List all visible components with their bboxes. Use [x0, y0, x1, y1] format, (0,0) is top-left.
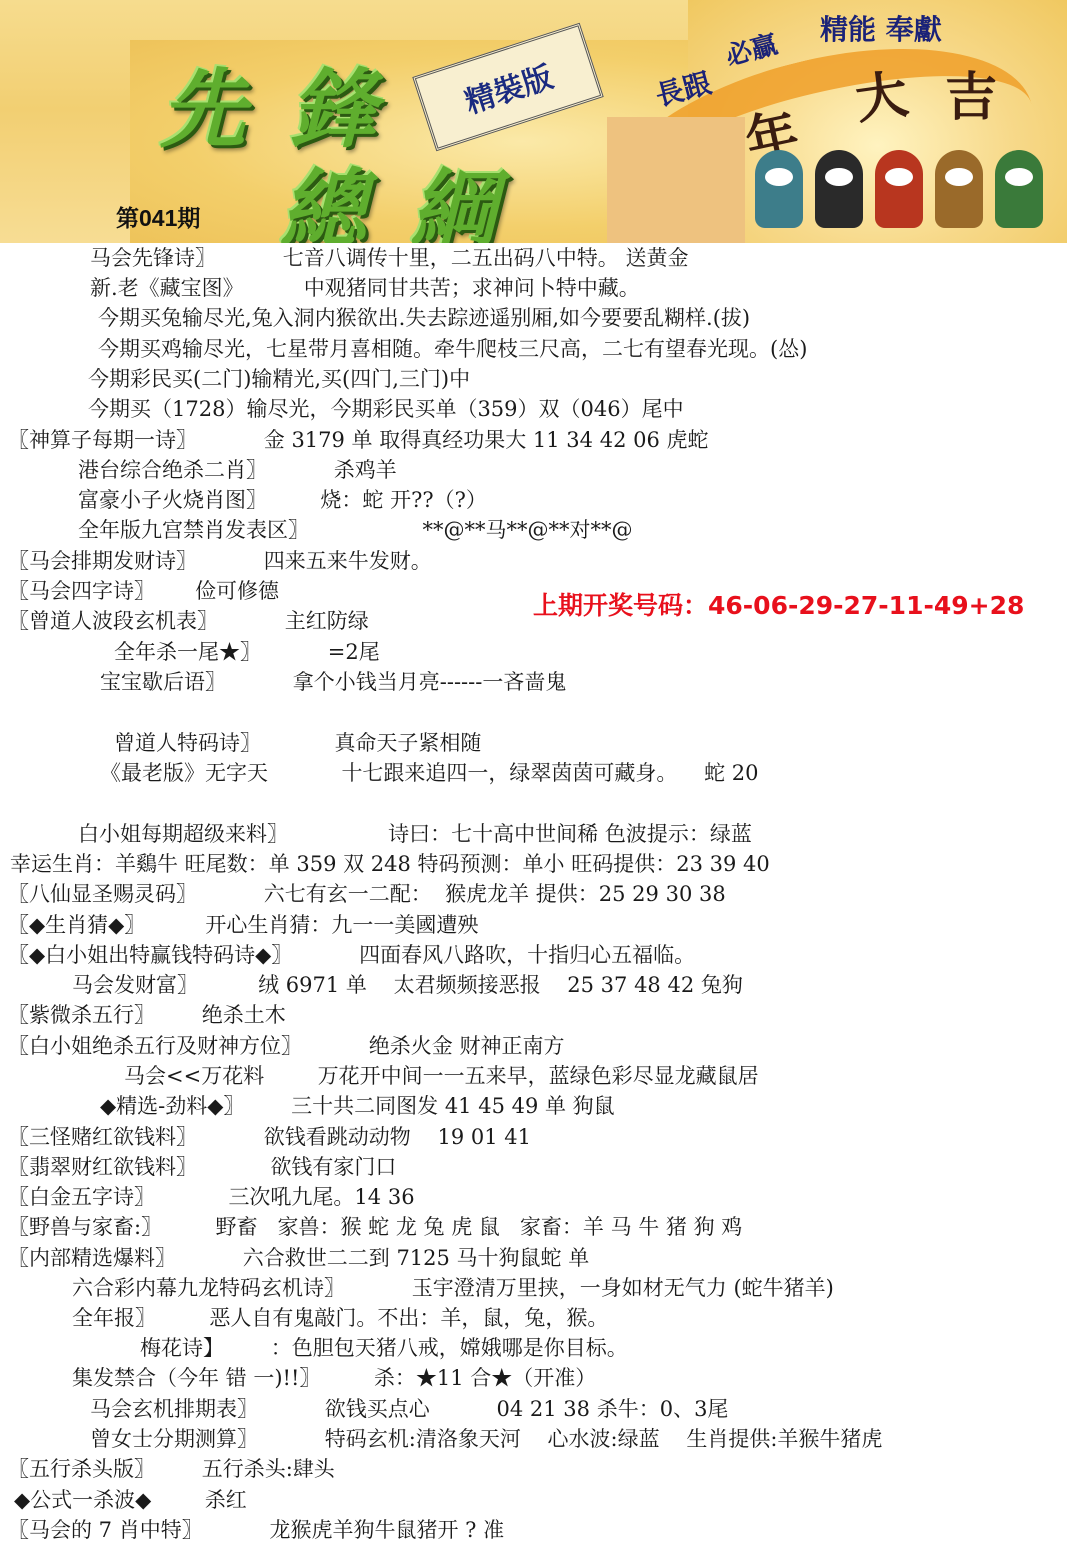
line-label: 宝宝歇后语〗 — [100, 670, 226, 694]
year-char-2: 大 — [850, 52, 912, 134]
prediction-line: 〖内部精选爆料〗 六合救世二二到 7125 马十狗鼠蛇 单 — [8, 1245, 589, 1271]
prediction-line: 集发禁合（今年 错 一)!!〗 杀：★11 合★（开准） — [72, 1365, 596, 1391]
line-label: 六合彩内幕九龙特码玄机诗〗 — [72, 1276, 345, 1300]
line-label: 〖马会排期发财诗〗 — [8, 549, 197, 573]
line-spacer — [197, 549, 264, 573]
line-value: 金 3179 单 取得真经功果大 11 34 42 06 虎蛇 — [264, 428, 709, 452]
line-value: 真命天子紧相随 — [334, 731, 481, 755]
prediction-line: 〖白金五字诗〗 三次吼九尾。14 36 — [8, 1184, 415, 1210]
line-spacer — [203, 1518, 270, 1542]
line-value: =2尾 — [328, 640, 380, 664]
line-label: ◆精选-劲料◆〗 — [100, 1094, 244, 1118]
line-label: 〖内部精选爆料〗 — [8, 1246, 176, 1270]
line-label: 〖白金五字诗〗 — [8, 1185, 155, 1209]
line-value: 十七跟来追四一，绿翠茵茵可藏身。 蛇 20 — [341, 761, 758, 785]
line-spacer — [261, 640, 328, 664]
line-spacer — [155, 1185, 228, 1209]
line-spacer — [244, 276, 304, 300]
line-spacer — [258, 1397, 325, 1421]
line-value: 中观猪同甘共苦；求神问卜特中藏。 — [304, 276, 640, 300]
line-spacer — [261, 731, 334, 755]
line-value: 欲钱买点心 04 21 38 杀牛：0、3尾 — [325, 1397, 729, 1421]
line-label: 〖神算子每期一诗〗 — [8, 428, 197, 452]
line-value: 龙猴虎羊狗牛鼠猪开 ? 准 — [269, 1518, 504, 1542]
prediction-line: 〖八仙显圣赐灵码〗 六七有玄一二配： 猴虎龙羊 提供：25 29 30 38 — [8, 881, 726, 907]
prediction-line: 全年杀一尾★〗 =2尾 — [114, 639, 380, 665]
line-label: 〖五行杀头版〗 — [8, 1457, 155, 1481]
line-value: ：色胆包天猪八戒，嫦娥哪是你目标。 — [271, 1336, 628, 1360]
line-spacer — [197, 1155, 270, 1179]
prediction-line: 白小姐每期超级来料〗 诗曰：七十高中世间稀 色波提示：绿蓝 — [78, 821, 752, 847]
mascot-icon — [815, 150, 863, 228]
line-label: 马会发财富〗 — [72, 973, 198, 997]
line-spacer — [292, 943, 359, 967]
prediction-line: 〖曾道人波段玄机表〗 主红防绿 — [8, 608, 369, 634]
prediction-line: 曾女士分期测算〗 特码玄机:清洛象天河 心水波:绿蓝 生肖提供:羊猴牛猪虎 — [90, 1426, 882, 1452]
title-char-1: 先 — [160, 40, 246, 164]
prediction-line: 〖白小姐绝杀五行及财神方位〗 绝杀火金 财神正南方 — [8, 1033, 564, 1059]
line-label: 〖紫微杀五行〗 — [8, 1003, 155, 1027]
line-label: 〖◆白小姐出特赢钱特码诗◆〗 — [8, 943, 292, 967]
last-draw-notice: 上期开奖号码：46-06-29-27-11-49+28 — [533, 586, 1024, 622]
line-value: 三十共二同图发 41 45 49 单 狗鼠 — [291, 1094, 615, 1118]
prediction-line: 〖翡翠财红欲钱料〗 欲钱有家门口 — [8, 1154, 396, 1180]
line-spacer — [197, 882, 264, 906]
line-spacer — [309, 518, 422, 542]
prediction-line: 全年版九宫禁肖发表区〗 **@**马**@**对**@ — [78, 517, 632, 543]
line-label: 〖白小姐绝杀五行及财神方位〗 — [8, 1034, 302, 1058]
line-spacer — [197, 428, 264, 452]
line-label: 《最老版》无字天 — [100, 761, 268, 785]
line-label: 今期买（1728）输尽光，今期彩民买单（359）双（046）尾中 — [88, 397, 684, 421]
line-spacer — [197, 1125, 264, 1149]
mascot-icon — [755, 150, 803, 228]
line-label: 全年杀一尾★〗 — [114, 640, 261, 664]
line-value: 玉宇澄清万里挟，一身如材无气力 (蛇牛猪羊) — [412, 1276, 834, 1300]
line-spacer — [268, 761, 341, 785]
line-label: 富豪小子火烧肖图〗 — [78, 488, 267, 512]
line-spacer — [176, 1246, 243, 1270]
prediction-line: 〖马会四字诗〗 俭可修德 — [8, 578, 279, 604]
line-value: 欲钱有家门口 — [270, 1155, 396, 1179]
line-value: 绒 6971 单 太君频频接恶报 25 37 48 42 兔狗 — [258, 973, 743, 997]
line-spacer — [267, 458, 334, 482]
line-value: 三次吼九尾。14 36 — [228, 1185, 414, 1209]
blurred-region — [607, 117, 745, 243]
header-banner: 先 鋒 總 綱 精裝版 第041期 精能 奉獻 必贏 長跟 年 大 吉 — [0, 0, 1067, 243]
line-value: 拿个小钱当月亮------一吝啬鬼 — [293, 670, 567, 694]
line-value: 绝杀火金 财神正南方 — [369, 1034, 565, 1058]
prediction-line: 今期买兔输尽光,兔入洞内猴欲出.失去踪迹遥别厢,如今要要乱糊样.(拔) — [98, 305, 750, 331]
line-spacer — [264, 1064, 317, 1088]
line-label: ◆公式一杀波◆ — [14, 1488, 151, 1512]
prediction-line: 港台综合绝杀二肖〗 杀鸡羊 — [78, 457, 397, 483]
line-label: 〖野兽与家畜:〗 — [8, 1215, 162, 1239]
prediction-line: 全年报〗 恶人自有鬼敲门。不出：羊，鼠，兔，猴。 — [72, 1305, 608, 1331]
prediction-line: 〖◆白小姐出特赢钱特码诗◆〗 四面春风八路吹，十指归心五福临。 — [8, 942, 695, 968]
line-spacer — [155, 1457, 202, 1481]
line-value: 杀红 — [205, 1488, 247, 1512]
line-label: 全年报〗 — [72, 1306, 156, 1330]
line-spacer — [288, 822, 388, 846]
line-label: 〖曾道人波段玄机表〗 — [8, 609, 218, 633]
line-spacer — [320, 1366, 373, 1390]
prediction-line: 〖神算子每期一诗〗 金 3179 单 取得真经功果大 11 34 42 06 虎… — [8, 427, 709, 453]
line-value: 欲钱看跳动动物 19 01 41 — [264, 1125, 531, 1149]
line-spacer — [345, 1276, 412, 1300]
prediction-line: 今期买（1728）输尽光，今期彩民买单（359）双（046）尾中 — [88, 396, 684, 422]
line-spacer — [216, 246, 283, 270]
prediction-line: 〖马会排期发财诗〗 四来五来牛发财。 — [8, 548, 432, 574]
line-value: 杀鸡羊 — [334, 458, 397, 482]
last-draw-numbers: 46-06-29-27-11-49+28 — [708, 591, 1024, 620]
mascot-icon — [995, 150, 1043, 228]
line-value: 恶人自有鬼敲门。不出：羊，鼠，兔，猴。 — [209, 1306, 608, 1330]
line-value: 五行杀头:肆头 — [202, 1457, 335, 1481]
issue-number: 第041期 — [116, 200, 200, 233]
line-spacer — [155, 579, 195, 603]
title-char-4: 綱 — [410, 140, 496, 243]
line-spacer — [151, 1488, 204, 1512]
line-label: 〖八仙显圣赐灵码〗 — [8, 882, 197, 906]
prediction-line: 曾道人特码诗〗 真命天子紧相随 — [114, 730, 481, 756]
prediction-line: ◆精选-劲料◆〗 三十共二同图发 41 45 49 单 狗鼠 — [100, 1093, 615, 1119]
line-label: 曾道人特码诗〗 — [114, 731, 261, 755]
prediction-line: 今期彩民买(二门)输精光,买(四门,三门)中 — [88, 366, 470, 392]
mascot-icon — [935, 150, 983, 228]
line-value: 万花开中间一一五来早，蓝绿色彩尽显龙藏鼠居 — [318, 1064, 759, 1088]
line-value: 四面春风八路吹，十指归心五福临。 — [359, 943, 695, 967]
line-value: **@**马**@**对**@ — [422, 518, 632, 542]
mascot-group — [755, 150, 1043, 228]
line-spacer — [267, 488, 320, 512]
prediction-line: 〖三怪赌红欲钱料〗 欲钱看跳动动物 19 01 41 — [8, 1124, 531, 1150]
line-label: 今期彩民买(二门)输精光,买(四门,三门)中 — [88, 367, 470, 391]
line-value: 杀：★11 合★（开准） — [374, 1366, 596, 1390]
prediction-line: 富豪小子火烧肖图〗 烧：蛇 开??（?） — [78, 487, 487, 513]
prediction-line: 马会先锋诗〗 七音八调传十里，二五出码八中特。 送黄金 — [90, 245, 688, 271]
line-label: 马会玄机排期表〗 — [90, 1397, 258, 1421]
prediction-line: 宝宝歇后语〗 拿个小钱当月亮------一吝啬鬼 — [100, 669, 566, 695]
line-spacer — [156, 1306, 209, 1330]
prediction-line: 马会发财富〗 绒 6971 单 太君频频接恶报 25 37 48 42 兔狗 — [72, 972, 743, 998]
line-label: 今期买兔输尽光,兔入洞内猴欲出.失去踪迹遥别厢,如今要要乱糊样.(拔) — [98, 306, 750, 330]
prediction-line: 〖紫微杀五行〗 绝杀土木 — [8, 1002, 286, 1028]
line-value: 特码玄机:清洛象天河 心水波:绿蓝 生肖提供:羊猴牛猪虎 — [325, 1427, 883, 1451]
prediction-line: 今期买鸡输尽光，七星带月喜相随。牵牛爬枝三尺高，二七有望春光现。(怂) — [98, 336, 807, 362]
line-label: 〖马会四字诗〗 — [8, 579, 155, 603]
prediction-line: 幸运生肖：羊鷄牛 旺尾数：单 359 双 248 特码预测：单小 旺码提供：23… — [10, 851, 770, 877]
line-value: 野畜 家兽：猴 蛇 龙 兔 虎 鼠 家畜：羊 马 牛 猪 狗 鸡 — [215, 1215, 742, 1239]
line-value: 四来五来牛发财。 — [264, 549, 432, 573]
line-label: 马会先锋诗〗 — [90, 246, 216, 270]
line-spacer — [224, 1336, 271, 1360]
line-spacer — [302, 1034, 369, 1058]
line-value: 烧：蛇 开??（?） — [320, 488, 486, 512]
line-label: 全年版九宫禁肖发表区〗 — [78, 518, 309, 542]
line-spacer — [162, 1215, 215, 1239]
line-label: 曾女士分期测算〗 — [90, 1427, 258, 1451]
line-spacer — [226, 670, 293, 694]
line-label: 集发禁合（今年 错 一)!!〗 — [72, 1366, 320, 1390]
prediction-line: ◆公式一杀波◆ 杀红 — [14, 1487, 247, 1513]
year-char-3: 吉 — [945, 55, 997, 130]
line-label: 〖马会的 7 肖中特〗 — [8, 1518, 203, 1542]
line-label: 马会<<万花料 — [124, 1064, 264, 1088]
prediction-line: 马会玄机排期表〗 欲钱买点心 04 21 38 杀牛：0、3尾 — [90, 1396, 728, 1422]
prediction-line: 〖马会的 7 肖中特〗 龙猴虎羊狗牛鼠猪开 ? 准 — [8, 1517, 504, 1543]
line-spacer — [198, 973, 258, 997]
line-label: 港台综合绝杀二肖〗 — [78, 458, 267, 482]
line-value: 开心生肖猜：九一一美國遭殃 — [205, 913, 478, 937]
prediction-line: 梅花诗】 ：色胆包天猪八戒，嫦娥哪是你目标。 — [140, 1335, 628, 1361]
line-label: 〖翡翠财红欲钱料〗 — [8, 1155, 197, 1179]
line-value: 俭可修德 — [195, 579, 279, 603]
line-spacer — [145, 913, 205, 937]
line-label: 梅花诗】 — [140, 1336, 224, 1360]
prediction-line: 〖野兽与家畜:〗 野畜 家兽：猴 蛇 龙 兔 虎 鼠 家畜：羊 马 牛 猪 狗 … — [8, 1214, 742, 1240]
line-label: 幸运生肖：羊鷄牛 旺尾数：单 359 双 248 特码预测：单小 旺码提供：23… — [10, 852, 770, 876]
line-value: 诗曰：七十高中世间稀 色波提示：绿蓝 — [388, 822, 752, 846]
slogan-jingneng: 精能 奉獻 — [820, 8, 942, 48]
prediction-line: 马会<<万花料 万花开中间一一五来早，蓝绿色彩尽显龙藏鼠居 — [124, 1063, 759, 1089]
mascot-icon — [875, 150, 923, 228]
line-value: 七音八调传十里，二五出码八中特。 送黄金 — [283, 246, 689, 270]
line-spacer — [244, 1094, 291, 1118]
line-spacer — [258, 1427, 325, 1451]
line-label: 〖◆生肖猜◆〗 — [8, 913, 145, 937]
line-spacer — [155, 1003, 202, 1027]
line-value: 绝杀土木 — [202, 1003, 286, 1027]
line-label: 白小姐每期超级来料〗 — [78, 822, 288, 846]
line-value: 主红防绿 — [285, 609, 369, 633]
prediction-line: 六合彩内幕九龙特码玄机诗〗 玉宇澄清万里挟，一身如材无气力 (蛇牛猪羊) — [72, 1275, 834, 1301]
line-value: 六合救世二二到 7125 马十狗鼠蛇 单 — [243, 1246, 589, 1270]
line-spacer — [218, 609, 285, 633]
prediction-line: 《最老版》无字天 十七跟来追四一，绿翠茵茵可藏身。 蛇 20 — [100, 760, 759, 786]
line-label: 新.老《藏宝图》 — [90, 276, 244, 300]
line-value: 六七有玄一二配： 猴虎龙羊 提供：25 29 30 38 — [264, 882, 726, 906]
prediction-line: 〖五行杀头版〗 五行杀头:肆头 — [8, 1456, 335, 1482]
last-draw-label: 上期开奖号码： — [533, 591, 708, 620]
prediction-line: 〖◆生肖猜◆〗 开心生肖猜：九一一美國遭殃 — [8, 912, 478, 938]
line-label: 〖三怪赌红欲钱料〗 — [8, 1125, 197, 1149]
line-label: 今期买鸡输尽光，七星带月喜相随。牵牛爬枝三尺高，二七有望春光现。(怂) — [98, 337, 807, 361]
prediction-line: 新.老《藏宝图》 中观猪同甘共苦；求神问卜特中藏。 — [90, 275, 640, 301]
title-char-3: 總 — [280, 140, 366, 243]
